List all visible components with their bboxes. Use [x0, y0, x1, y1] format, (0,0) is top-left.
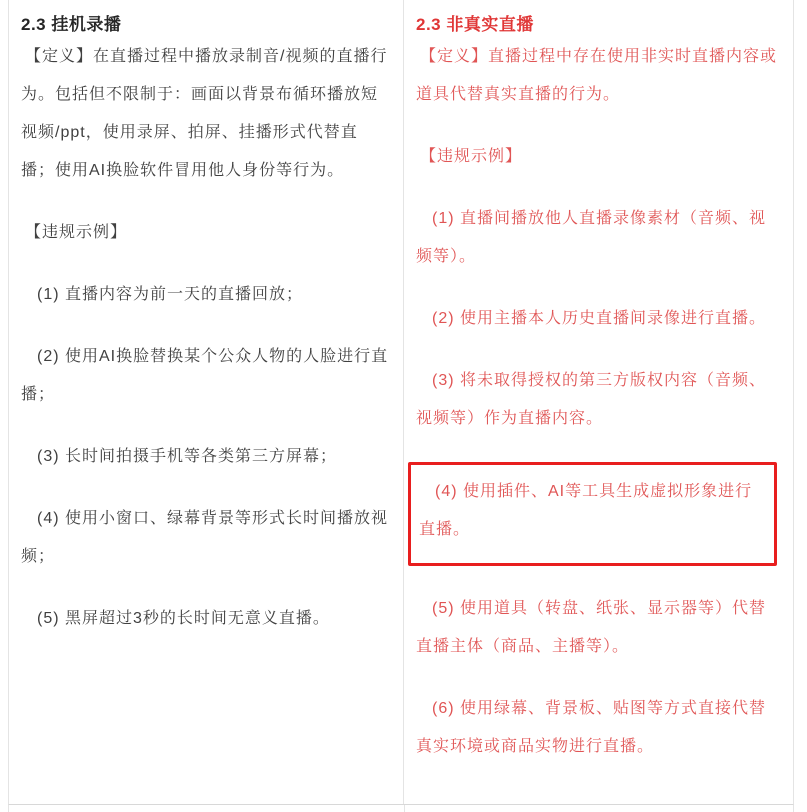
column-left-machine-recording: 2.3 挂机录播 【定义】在直播过程中播放录制音/视频的直播行为。包括但不限制于… — [9, 0, 404, 804]
violation-item: (3) 长时间拍摄手机等各类第三方屏幕； — [21, 438, 389, 476]
violation-item: (5) 黑屏超过3秒的长时间无意义直播。 — [21, 600, 389, 638]
violation-item: (4) 使用小窗口、绿幕背景等形式长时间播放视频； — [21, 500, 389, 576]
paragraph-label: 【违规示例】 — [416, 138, 779, 176]
violation-item: (3) 将未取得授权的第三方版权内容（音频、视频等）作为直播内容。 — [416, 362, 779, 438]
violation-item: (6) 使用绿幕、背景板、贴图等方式直接代替真实环境或商品实物进行直播。 — [416, 690, 779, 766]
highlight-box: (4) 使用插件、AI等工具生成虚拟形象进行直播。 — [408, 462, 777, 566]
column-right-fake-livestream: 2.3 非真实直播 【定义】直播过程中存在使用非实时直播内容或道具代替真实直播的… — [404, 0, 793, 804]
violation-item: (5) 使用道具（转盘、纸张、显示器等）代替直播主体（商品、主播等）。 — [416, 590, 779, 666]
next-table-row-sliver — [8, 805, 794, 812]
section-heading-right: 2.3 非真实直播 — [416, 12, 779, 38]
policy-comparison-page: 2.3 挂机录播 【定义】在直播过程中播放录制音/视频的直播行为。包括但不限制于… — [0, 0, 807, 812]
violation-item: (2) 使用AI换脸替换某个公众人物的人脸进行直播； — [21, 338, 389, 414]
violation-item: (1) 直播间播放他人直播录像素材（音频、视频等）。 — [416, 200, 779, 276]
paragraph-label: 【违规示例】 — [21, 214, 389, 252]
policy-table-row: 2.3 挂机录播 【定义】在直播过程中播放录制音/视频的直播行为。包括但不限制于… — [8, 0, 794, 805]
paragraph-definition: 【定义】在直播过程中播放录制音/视频的直播行为。包括但不限制于：画面以背景布循环… — [21, 38, 389, 190]
violation-item: (2) 使用主播本人历史直播间录像进行直播。 — [416, 300, 779, 338]
column-divider-line — [404, 805, 405, 812]
violation-item: (1) 直播内容为前一天的直播回放； — [21, 276, 389, 314]
violation-item: (4) 使用插件、AI等工具生成虚拟形象进行直播。 — [419, 473, 768, 549]
paragraph-definition: 【定义】直播过程中存在使用非实时直播内容或道具代替真实直播的行为。 — [416, 38, 779, 114]
section-heading-left: 2.3 挂机录播 — [21, 12, 389, 38]
left-paragraph-list: 【定义】在直播过程中播放录制音/视频的直播行为。包括但不限制于：画面以背景布循环… — [21, 38, 389, 638]
right-paragraph-list: 【定义】直播过程中存在使用非实时直播内容或道具代替真实直播的行为。【违规示例】(… — [416, 38, 779, 766]
